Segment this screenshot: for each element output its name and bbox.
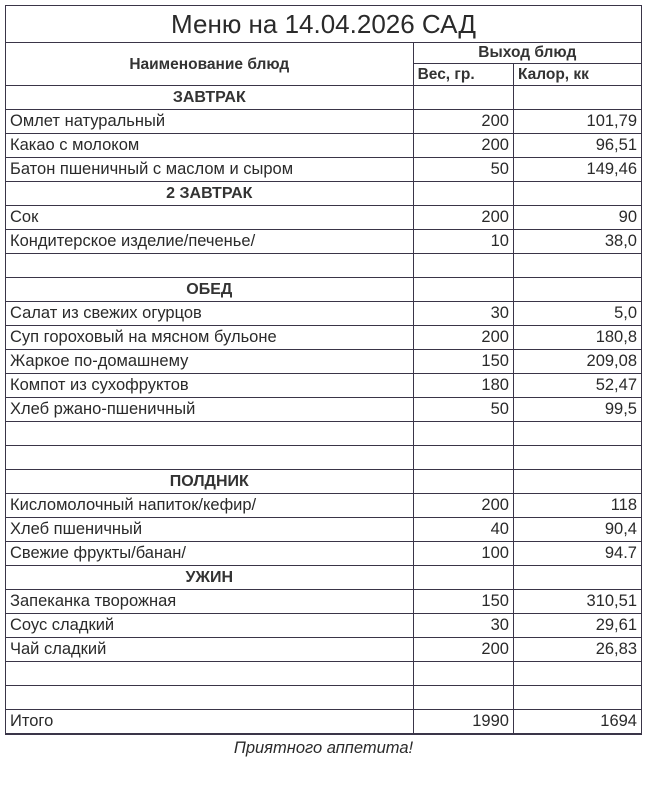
empty-cell [513,470,641,494]
footer-note: Приятного аппетита! [5,735,642,761]
dish-weight: 200 [413,638,513,662]
dish-name: Компот из сухофруктов [6,374,414,398]
empty-row [6,662,642,686]
footer-row: Приятного аппетита! [5,735,642,761]
section-row: 2 ЗАВТРАК [6,182,642,206]
empty-cell [513,686,641,710]
table-row: Кондитерское изделие/печенье/1038,0 [6,230,642,254]
footer-table: Приятного аппетита! [5,734,642,760]
empty-cell [413,662,513,686]
empty-cell [413,278,513,302]
dish-calories: 180,8 [513,326,641,350]
empty-cell [413,86,513,110]
dish-name: Какао с молоком [6,134,414,158]
empty-cell [513,566,641,590]
empty-cell [413,182,513,206]
section-title: ПОЛДНИК [6,470,414,494]
section-row: ПОЛДНИК [6,470,642,494]
dish-name: Салат из свежих огурцов [6,302,414,326]
dish-weight: 200 [413,110,513,134]
table-row: Жаркое по-домашнему150209,08 [6,350,642,374]
section-row: ОБЕД [6,278,642,302]
dish-name: Запеканка творожная [6,590,414,614]
table-row: Соус сладкий3029,61 [6,614,642,638]
dish-weight: 50 [413,398,513,422]
page-title: Меню на 14.04.2026 САД [6,6,642,43]
dish-calories: 94.7 [513,542,641,566]
title-row: Меню на 14.04.2026 САД [6,6,642,43]
dish-weight: 200 [413,134,513,158]
dish-calories: 209,08 [513,350,641,374]
dish-name: Кисломолочный напиток/кефир/ [6,494,414,518]
section-title: 2 ЗАВТРАК [6,182,414,206]
dish-calories: 310,51 [513,590,641,614]
empty-cell [413,470,513,494]
dish-calories: 90,4 [513,518,641,542]
menu-sheet: Меню на 14.04.2026 САД Наименование блюд… [5,5,642,760]
dish-name: Сок [6,206,414,230]
table-row: Чай сладкий20026,83 [6,638,642,662]
dish-calories: 29,61 [513,614,641,638]
column-header-output: Выход блюд [413,43,641,64]
dish-name: Свежие фрукты/банан/ [6,542,414,566]
total-row: Итого19901694 [6,710,642,734]
empty-row [6,446,642,470]
dish-weight: 200 [413,494,513,518]
empty-cell [513,278,641,302]
menu-table: Меню на 14.04.2026 САД Наименование блюд… [5,5,642,734]
section-row: ЗАВТРАК [6,86,642,110]
empty-cell [6,422,414,446]
dish-weight: 150 [413,350,513,374]
column-header-name: Наименование блюд [6,43,414,86]
section-title: ЗАВТРАК [6,86,414,110]
dish-calories: 96,51 [513,134,641,158]
dish-weight: 200 [413,206,513,230]
empty-cell [513,422,641,446]
empty-cell [6,662,414,686]
dish-weight: 10 [413,230,513,254]
dish-weight: 100 [413,542,513,566]
dish-name: Итого [6,710,414,734]
dish-weight: 50 [413,158,513,182]
dish-calories: 38,0 [513,230,641,254]
dish-name: Батон пшеничный с маслом и сыром [6,158,414,182]
table-row: Компот из сухофруктов18052,47 [6,374,642,398]
dish-calories: 5,0 [513,302,641,326]
empty-row [6,422,642,446]
empty-cell [513,662,641,686]
dish-calories: 26,83 [513,638,641,662]
table-row: Какао с молоком20096,51 [6,134,642,158]
dish-calories: 149,46 [513,158,641,182]
dish-calories: 1694 [513,710,641,734]
table-row: Сок20090 [6,206,642,230]
dish-weight: 40 [413,518,513,542]
table-row: Запеканка творожная150310,51 [6,590,642,614]
dish-name: Соус сладкий [6,614,414,638]
column-header-weight: Вес, гр. [413,64,513,86]
table-row: Суп гороховый на мясном бульоне200180,8 [6,326,642,350]
dish-weight: 200 [413,326,513,350]
empty-cell [513,446,641,470]
dish-calories: 52,47 [513,374,641,398]
empty-cell [6,254,414,278]
empty-row [6,254,642,278]
table-row: Свежие фрукты/банан/10094.7 [6,542,642,566]
dish-name: Кондитерское изделие/печенье/ [6,230,414,254]
column-header-calories: Калор, кк [513,64,641,86]
section-title: ОБЕД [6,278,414,302]
empty-cell [6,686,414,710]
dish-calories: 90 [513,206,641,230]
dish-name: Омлет натуральный [6,110,414,134]
empty-cell [513,182,641,206]
dish-weight: 30 [413,302,513,326]
dish-name: Хлеб ржано-пшеничный [6,398,414,422]
dish-calories: 118 [513,494,641,518]
dish-name: Жаркое по-домашнему [6,350,414,374]
table-row: Омлет натуральный200101,79 [6,110,642,134]
table-row: Хлеб ржано-пшеничный5099,5 [6,398,642,422]
section-title: УЖИН [6,566,414,590]
dish-weight: 30 [413,614,513,638]
dish-weight: 1990 [413,710,513,734]
dish-calories: 99,5 [513,398,641,422]
dish-weight: 180 [413,374,513,398]
empty-cell [413,446,513,470]
table-row: Хлеб пшеничный4090,4 [6,518,642,542]
empty-cell [413,686,513,710]
empty-cell [6,446,414,470]
empty-cell [513,86,641,110]
dish-name: Суп гороховый на мясном бульоне [6,326,414,350]
empty-row [6,686,642,710]
dish-name: Чай сладкий [6,638,414,662]
empty-cell [413,566,513,590]
table-row: Салат из свежих огурцов305,0 [6,302,642,326]
table-row: Кисломолочный напиток/кефир/200118 [6,494,642,518]
dish-calories: 101,79 [513,110,641,134]
table-row: Батон пшеничный с маслом и сыром50149,46 [6,158,642,182]
dish-name: Хлеб пшеничный [6,518,414,542]
empty-cell [413,254,513,278]
empty-cell [513,254,641,278]
header-row-1: Наименование блюд Выход блюд [6,43,642,64]
dish-weight: 150 [413,590,513,614]
empty-cell [413,422,513,446]
section-row: УЖИН [6,566,642,590]
